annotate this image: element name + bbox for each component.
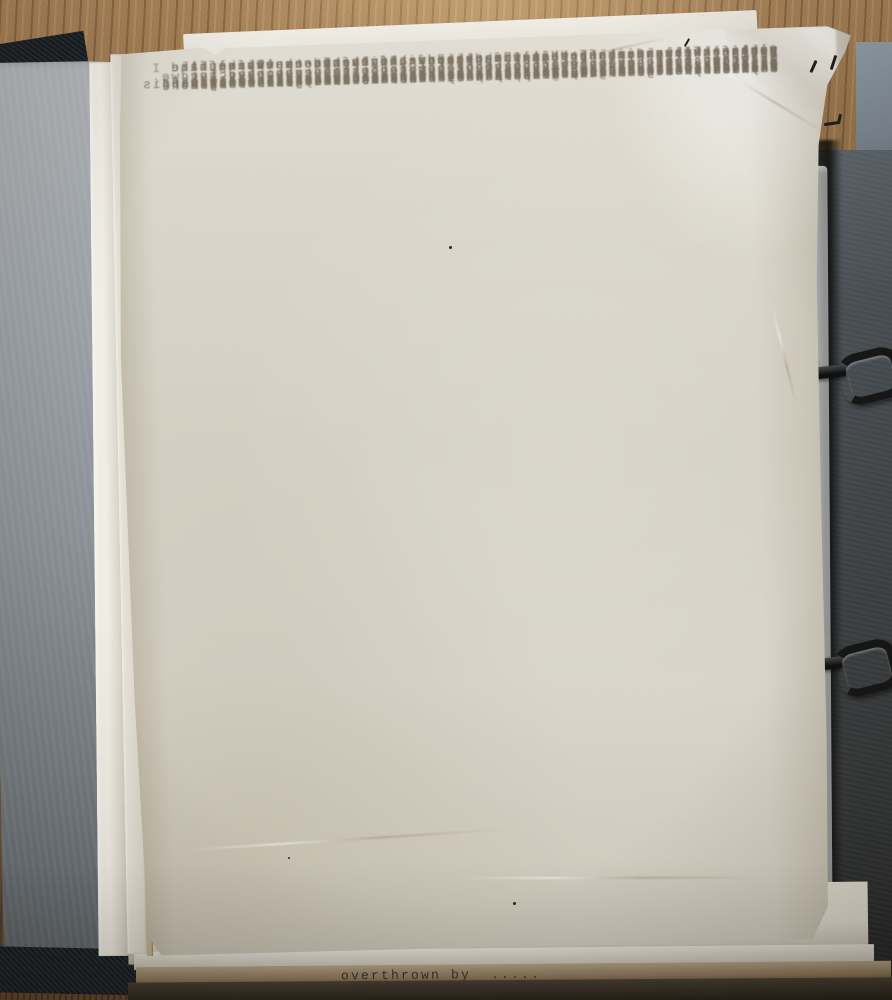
fastener-metal-ring [831,635,892,700]
photo-archival-binder-page: overthrown by ..... but then remember, t… [0,0,892,1000]
ink-speck [449,246,452,249]
fastener-metal-ring [835,343,892,408]
ink-speck [288,857,290,859]
typewritten-page-verso: but then remember, too, when their case … [111,25,878,959]
mirrored-bleedthrough-text: but then remember, too, when their case … [111,25,878,959]
ink-speck [513,902,516,905]
